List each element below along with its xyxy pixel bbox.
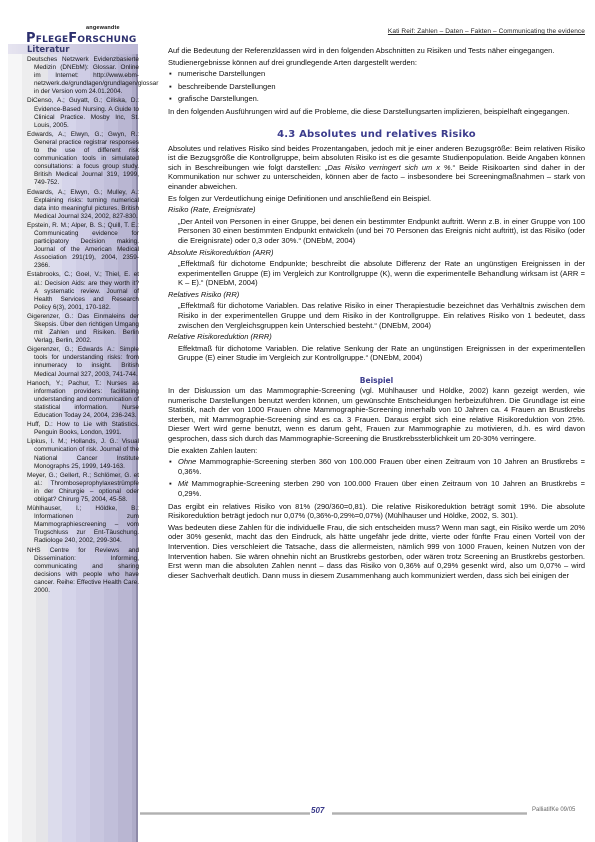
reference-item: Mühlhauser, I.; Höldke, B.: Informatione… — [27, 505, 139, 545]
footer-rule — [332, 812, 527, 815]
list-item: ▪Mit Mammographie-Screening sterben 290 … — [168, 479, 585, 498]
sidebar-heading-literature: Literatur — [27, 45, 69, 55]
intro-paragraph: Auf die Bedeutung der Referenzklassen wi… — [168, 46, 585, 56]
bullet-icon: ▪ — [169, 82, 172, 92]
reference-item: Deutsches Netzwerk Evidenzbasierte Mediz… — [27, 56, 139, 96]
reference-item: Gigerenzer, G.: Das Einmaleins der Skeps… — [27, 313, 139, 345]
list-item: ▪grafische Darstellungen. — [168, 94, 585, 104]
reference-item: NHS Centre for Reviews and Dissemination… — [27, 547, 139, 596]
example-paragraph: Was bedeuten diese Zahlen für die indivi… — [168, 523, 585, 581]
definition-term: Relative Risikoreduktion (RRR) — [168, 332, 585, 342]
definition-term: Absolute Risikoreduktion (ARR) — [168, 248, 585, 258]
example-paragraph: Das ergibt ein relatives Risiko von 81% … — [168, 502, 585, 521]
definition-term: Relatives Risiko (RR) — [168, 290, 585, 300]
reference-item: Hanoch, Y.; Pachur, T.: Nurses as inform… — [27, 380, 139, 420]
reference-item: Edwards, A.; Elwyn, G.; Mulley, A.: Expl… — [27, 189, 139, 221]
page-number: 507 — [311, 806, 324, 815]
representation-type-list: ▪numerische Darstellungen ▪beschreibende… — [168, 69, 585, 104]
example-heading: Beispiel — [168, 376, 585, 385]
bullet-icon: ▪ — [169, 94, 172, 104]
bullet-icon: ▪ — [169, 69, 172, 79]
footer-rule — [140, 812, 310, 815]
definition-text: „Der Anteil von Personen in einer Gruppe… — [178, 217, 585, 246]
reference-list: Deutsches Netzwerk Evidenzbasierte Mediz… — [27, 56, 139, 596]
example-paragraph: Die exakten Zahlen lauten: — [168, 446, 585, 456]
reference-item: Lipkus, I. M.; Hollands, J. G.: Visual c… — [27, 438, 139, 470]
reference-item: Gigerenzer, G.; Edwards A.: Simple tools… — [27, 346, 139, 378]
list-item: ▪numerische Darstellungen — [168, 69, 585, 79]
section-paragraph: Absolutes und relatives Risiko sind beid… — [168, 144, 585, 192]
section-heading: 4.3 Absolutes und relatives Risiko — [168, 129, 585, 140]
reference-item: Edwards, A.; Elwyn, G.; Gwyn, R.: Genera… — [27, 131, 139, 188]
reference-item: Huff, D.: How to Lie with Statistics. Pe… — [27, 421, 139, 437]
reference-item: DiCenso, A.; Guyatt, G.; Ciliska, D.: Ev… — [27, 97, 139, 129]
journal-logo-title: PflegeForschung — [26, 31, 136, 46]
list-item: ▪Ohne Mammographie-Screening sterben 360… — [168, 457, 585, 476]
example-paragraph: In der Diskussion um das Mammographie-Sc… — [168, 386, 585, 444]
bullet-icon: ▪ — [169, 479, 172, 489]
intro-paragraph: In den folgenden Ausführungen wird auf d… — [168, 107, 585, 117]
reference-item: Epstein, R. M.; Alper, B. S.; Quill, T. … — [27, 222, 139, 271]
running-title: Kati Reif: Zahlen – Daten – Fakten – Com… — [388, 28, 585, 35]
list-item: ▪beschreibende Darstellungen — [168, 82, 585, 92]
reference-item: Estabrooks, C.; Goel, V.; Thiel, E. et a… — [27, 271, 139, 311]
main-article-body: Auf die Bedeutung der Referenzklassen wi… — [168, 46, 585, 582]
definition-text: „Effektmaß für dichotome Variablen. Das … — [178, 301, 585, 330]
reference-item: Meyer, G.; Gellert, R.; Schlömer, G. et … — [27, 472, 139, 504]
journal-issue: PalliatifKe 09/05 — [532, 807, 575, 813]
definition-text: „Effektmaß für dichotome Endpunkte; besc… — [178, 259, 585, 288]
bullet-icon: ▪ — [169, 457, 172, 467]
page-footer: 507 PalliatifKe 09/05 — [140, 806, 595, 820]
section-paragraph: Es folgen zur Verdeutlichung einige Defi… — [168, 194, 585, 204]
exact-figures-list: ▪Ohne Mammographie-Screening sterben 360… — [168, 457, 585, 498]
intro-paragraph: Studienergebnisse können auf drei grundl… — [168, 58, 585, 68]
definition-term: Risiko (Rate, Ereignisrate) — [168, 205, 585, 215]
definition-text: Effektmaß für dichotome Variablen. Die r… — [178, 344, 585, 363]
